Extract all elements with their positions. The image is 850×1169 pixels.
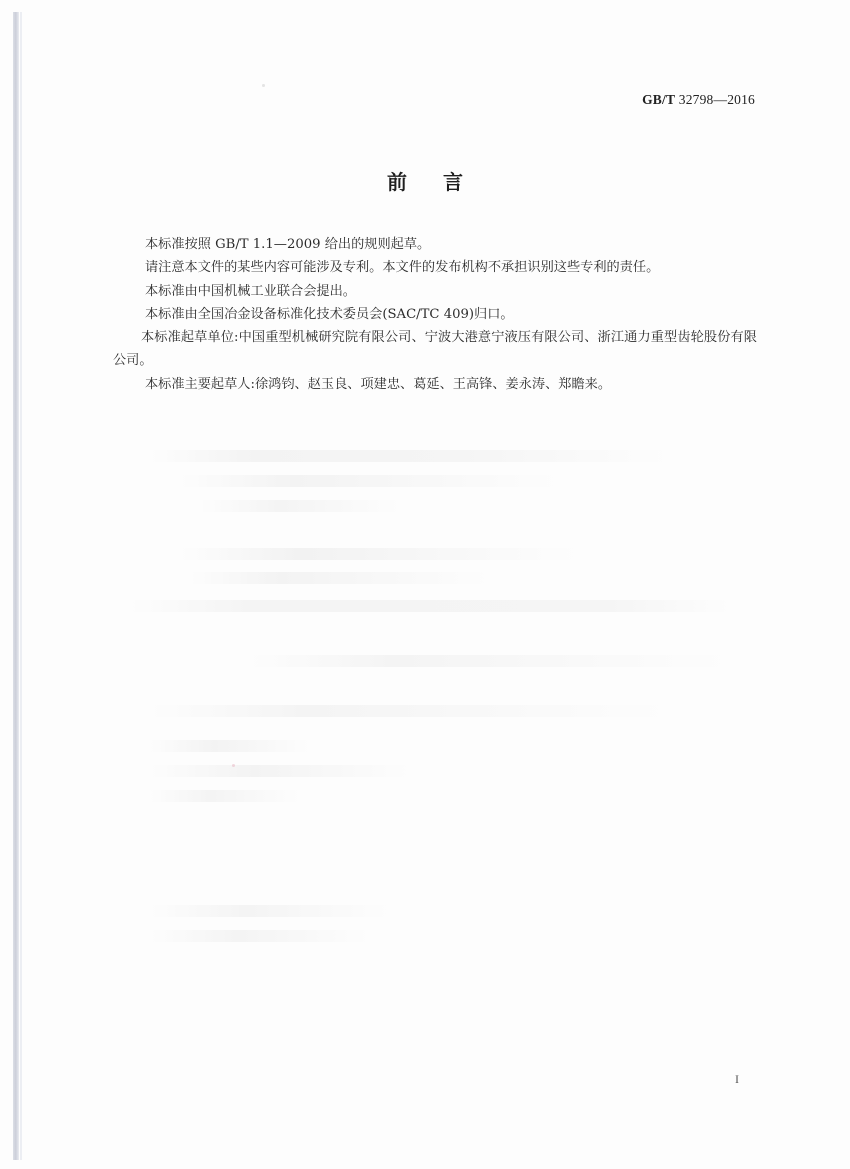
bleed-through-text xyxy=(150,705,670,717)
title-char-1: 前 xyxy=(387,166,407,195)
paragraph-technical-committee: 本标准由全国冶金设备标准化技术委员会(SAC/TC 409)归口。 xyxy=(117,303,757,326)
paragraph-patent-notice: 请注意本文件的某些内容可能涉及专利。本文件的发布机构不承担识别这些专利的责任。 xyxy=(117,256,757,279)
page-number: I xyxy=(735,1072,739,1087)
bleed-through-text xyxy=(150,740,310,752)
scan-speck xyxy=(232,764,235,767)
scanned-page: GB/T 32798—2016 前言 本标准按照 GB/T 1.1—2009 给… xyxy=(0,0,850,1169)
section-title-foreword: 前言 xyxy=(0,166,850,195)
standard-code: 32798—2016 xyxy=(679,92,755,107)
bleed-through-text xyxy=(200,500,400,512)
bleed-through-text xyxy=(150,450,670,462)
bleed-through-text xyxy=(250,655,730,667)
paragraph-drafters: 本标准主要起草人:徐鸿钧、赵玉良、项建忠、葛延、王高锋、姜永涛、郑瞻来。 xyxy=(117,373,757,396)
bleed-through-text xyxy=(150,765,410,777)
standard-number: GB/T 32798—2016 xyxy=(642,92,755,108)
bleed-through-text xyxy=(190,572,490,584)
bleed-through-text xyxy=(150,905,390,917)
bleed-through-text xyxy=(130,600,730,612)
paragraph-proposed-by: 本标准由中国机械工业联合会提出。 xyxy=(117,280,757,303)
foreword-body: 本标准按照 GB/T 1.1—2009 给出的规则起草。 请注意本文件的某些内容… xyxy=(117,233,757,396)
scan-speck xyxy=(262,84,265,87)
standard-prefix: GB/T xyxy=(642,92,675,107)
paragraph-drafting-rules: 本标准按照 GB/T 1.1—2009 给出的规则起草。 xyxy=(117,233,757,256)
title-char-2: 言 xyxy=(443,166,463,195)
bleed-through-text xyxy=(180,475,560,487)
bleed-through-text xyxy=(150,790,300,802)
bleed-through-text xyxy=(180,548,580,560)
paragraph-drafting-units: 本标准起草单位:中国重型机械研究院有限公司、宁波大港意宁液压有限公司、浙江通力重… xyxy=(113,326,757,373)
bleed-through-text xyxy=(150,930,370,942)
